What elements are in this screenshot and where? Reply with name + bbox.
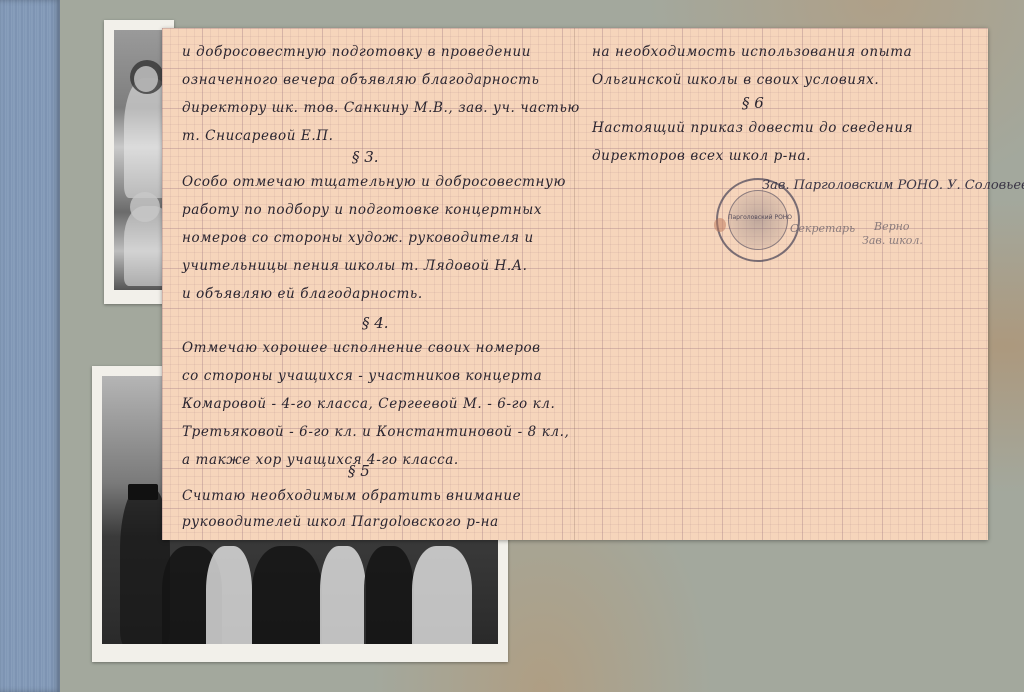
stamp-text: Парголовский РОНО <box>718 214 802 221</box>
text-line: директору шк. тов. Санкину М.В., зав. уч… <box>182 100 580 116</box>
text-line: на необходимость использования опыта <box>592 44 912 60</box>
text-line: означенного вечера объявляю благодарност… <box>182 72 539 88</box>
paper-stain <box>714 218 726 232</box>
album-spine <box>0 0 60 692</box>
section-heading-5: § 5 <box>348 462 370 480</box>
text-line: Настоящий приказ довести до сведения <box>592 120 913 136</box>
section-heading-6: § 6 <box>742 94 764 112</box>
text-line: работу по подбору и подготовке концертны… <box>182 202 542 218</box>
text-line: руководителей школ Пargolовского р-на <box>182 514 499 530</box>
text-line: Особо отмечаю тщательную и добросовестну… <box>182 174 566 190</box>
text-line: Считаю необходимым обратить внимание <box>182 488 521 504</box>
copy-note-verified: Верно <box>874 220 910 233</box>
text-line: и добросовестную подготовку в проведении <box>182 44 531 60</box>
text-line: со стороны учащихся - участников концерт… <box>182 368 542 384</box>
text-line: учительницы пения школы т. Лядовой Н.А. <box>182 258 528 274</box>
text-line: директоров всех школ р-на. <box>592 148 811 164</box>
section-heading-3: § 3. <box>352 148 379 166</box>
text-line: номеров со стороны худож. руководителя и <box>182 230 534 246</box>
text-line: Третьяковой - 6-го кл. и Константиновой … <box>182 424 569 440</box>
copy-note-secretary: Секретарь <box>790 222 855 235</box>
signature-line: Зав. Парголовским РОНО. У. Соловьев. / <box>762 178 1024 193</box>
copy-signer: Зав. школ. <box>862 234 923 247</box>
text-line: Отмечаю хорошее исполнение своих номеров <box>182 340 541 356</box>
handwritten-order-document: и добросовестную подготовку в проведении… <box>162 28 988 540</box>
text-line: и объявляю ей благодарность. <box>182 286 423 302</box>
section-heading-4: § 4. <box>362 314 389 332</box>
text-line: Ольгинской школы в своих условиях. <box>592 72 879 88</box>
text-line: а также хор учащихся 4-го класса. <box>182 452 459 468</box>
text-line: т. Снисаревой Е.П. <box>182 128 334 144</box>
text-line: Комаровой - 4-го класса, Сергеевой М. - … <box>182 396 555 412</box>
